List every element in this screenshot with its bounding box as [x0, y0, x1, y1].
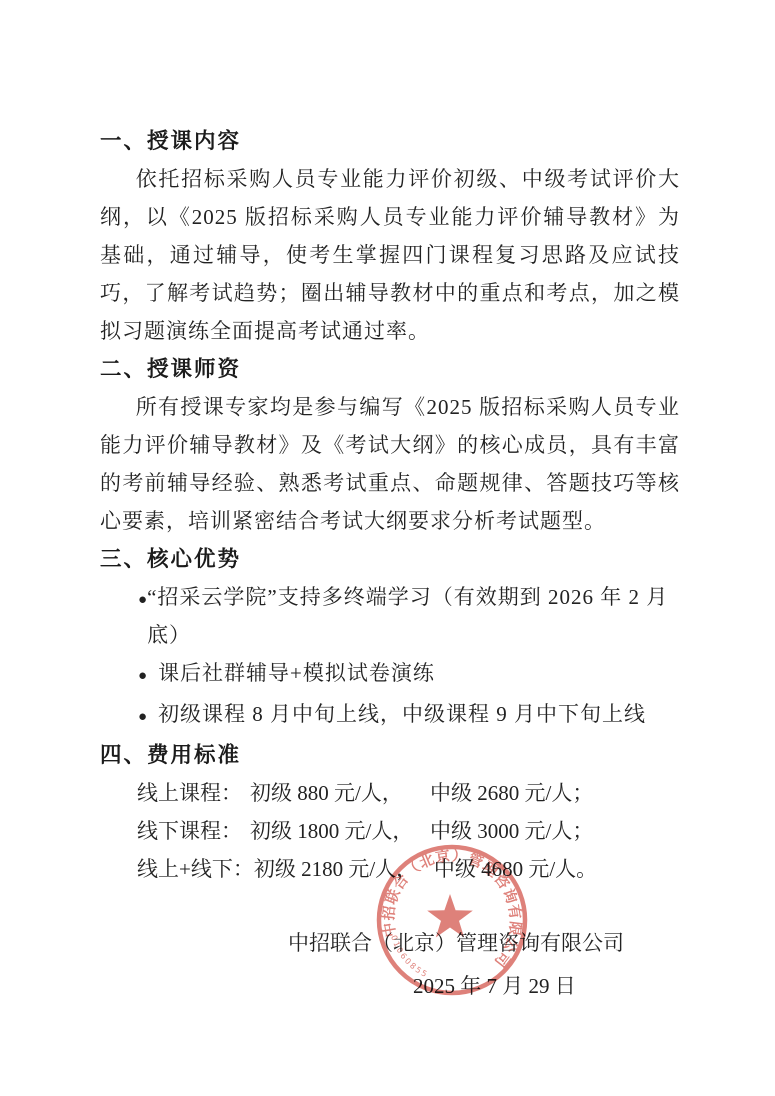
price-row-online: 线上课程： 初级 880 元/人， 中级 2680 元/人； [137, 774, 680, 812]
price-label: 线上课程： [137, 774, 250, 812]
price-junior-level: 初级 880 元/人， [250, 774, 430, 812]
advantages-list: ● “招采云学院”支持多终端学习（有效期到 2026 年 2 月底） ● 课后社… [100, 578, 680, 736]
price-junior-level: 初级 1800 元/人， [250, 812, 430, 850]
signature-company: 中招联合（北京）管理咨询有限公司 [288, 924, 680, 962]
document-body: 一、授课内容 依托招标采购人员专业能力评价初级、中级考试评价大纲，以《2025 … [100, 122, 680, 1005]
section-1-heading: 一、授课内容 [100, 122, 680, 160]
bullet-icon: ● [138, 581, 147, 619]
bullet-icon: ● [138, 657, 147, 695]
price-senior-level: 中级 4680 元/人。 [434, 850, 597, 888]
document-page: 一、授课内容 依托招标采购人员专业能力评价初级、中级考试评价大纲，以《2025 … [0, 0, 775, 1096]
bullet-icon: ● [138, 698, 147, 736]
price-senior-level: 中级 3000 元/人； [430, 812, 593, 850]
section-3-heading: 三、核心优势 [100, 540, 680, 578]
price-row-combined: 线上+线下： 初级 2180 元/人， 中级 4680 元/人。 [137, 850, 680, 888]
list-item-text: “招采云学院”支持多终端学习（有效期到 2026 年 2 月底） [147, 578, 680, 654]
price-label: 线下课程： [137, 812, 250, 850]
list-item: ● “招采云学院”支持多终端学习（有效期到 2026 年 2 月底） [138, 578, 680, 654]
price-junior-level: 初级 2180 元/人， [254, 850, 434, 888]
section-2-heading: 二、授课师资 [100, 350, 680, 388]
signature-date: 2025 年 7 月 29 日 [413, 967, 680, 1005]
section-4-heading: 四、费用标准 [100, 736, 680, 774]
price-label: 线上+线下： [137, 850, 254, 888]
section-1-paragraph: 依托招标采购人员专业能力评价初级、中级考试评价大纲，以《2025 版招标采购人员… [100, 160, 680, 350]
list-item-text: 课后社群辅导+模拟试卷演练 [158, 654, 435, 692]
list-item-text: 初级课程 8 月中旬上线，中级课程 9 月中下旬上线 [158, 695, 646, 733]
section-2-paragraph: 所有授课专家均是参与编写《2025 版招标采购人员专业能力评价辅导教材》及《考试… [100, 388, 680, 540]
price-row-offline: 线下课程： 初级 1800 元/人， 中级 3000 元/人； [137, 812, 680, 850]
list-item: ● 初级课程 8 月中旬上线，中级课程 9 月中下旬上线 [138, 695, 680, 736]
list-item: ● 课后社群辅导+模拟试卷演练 [138, 654, 680, 695]
price-senior-level: 中级 2680 元/人； [430, 774, 593, 812]
